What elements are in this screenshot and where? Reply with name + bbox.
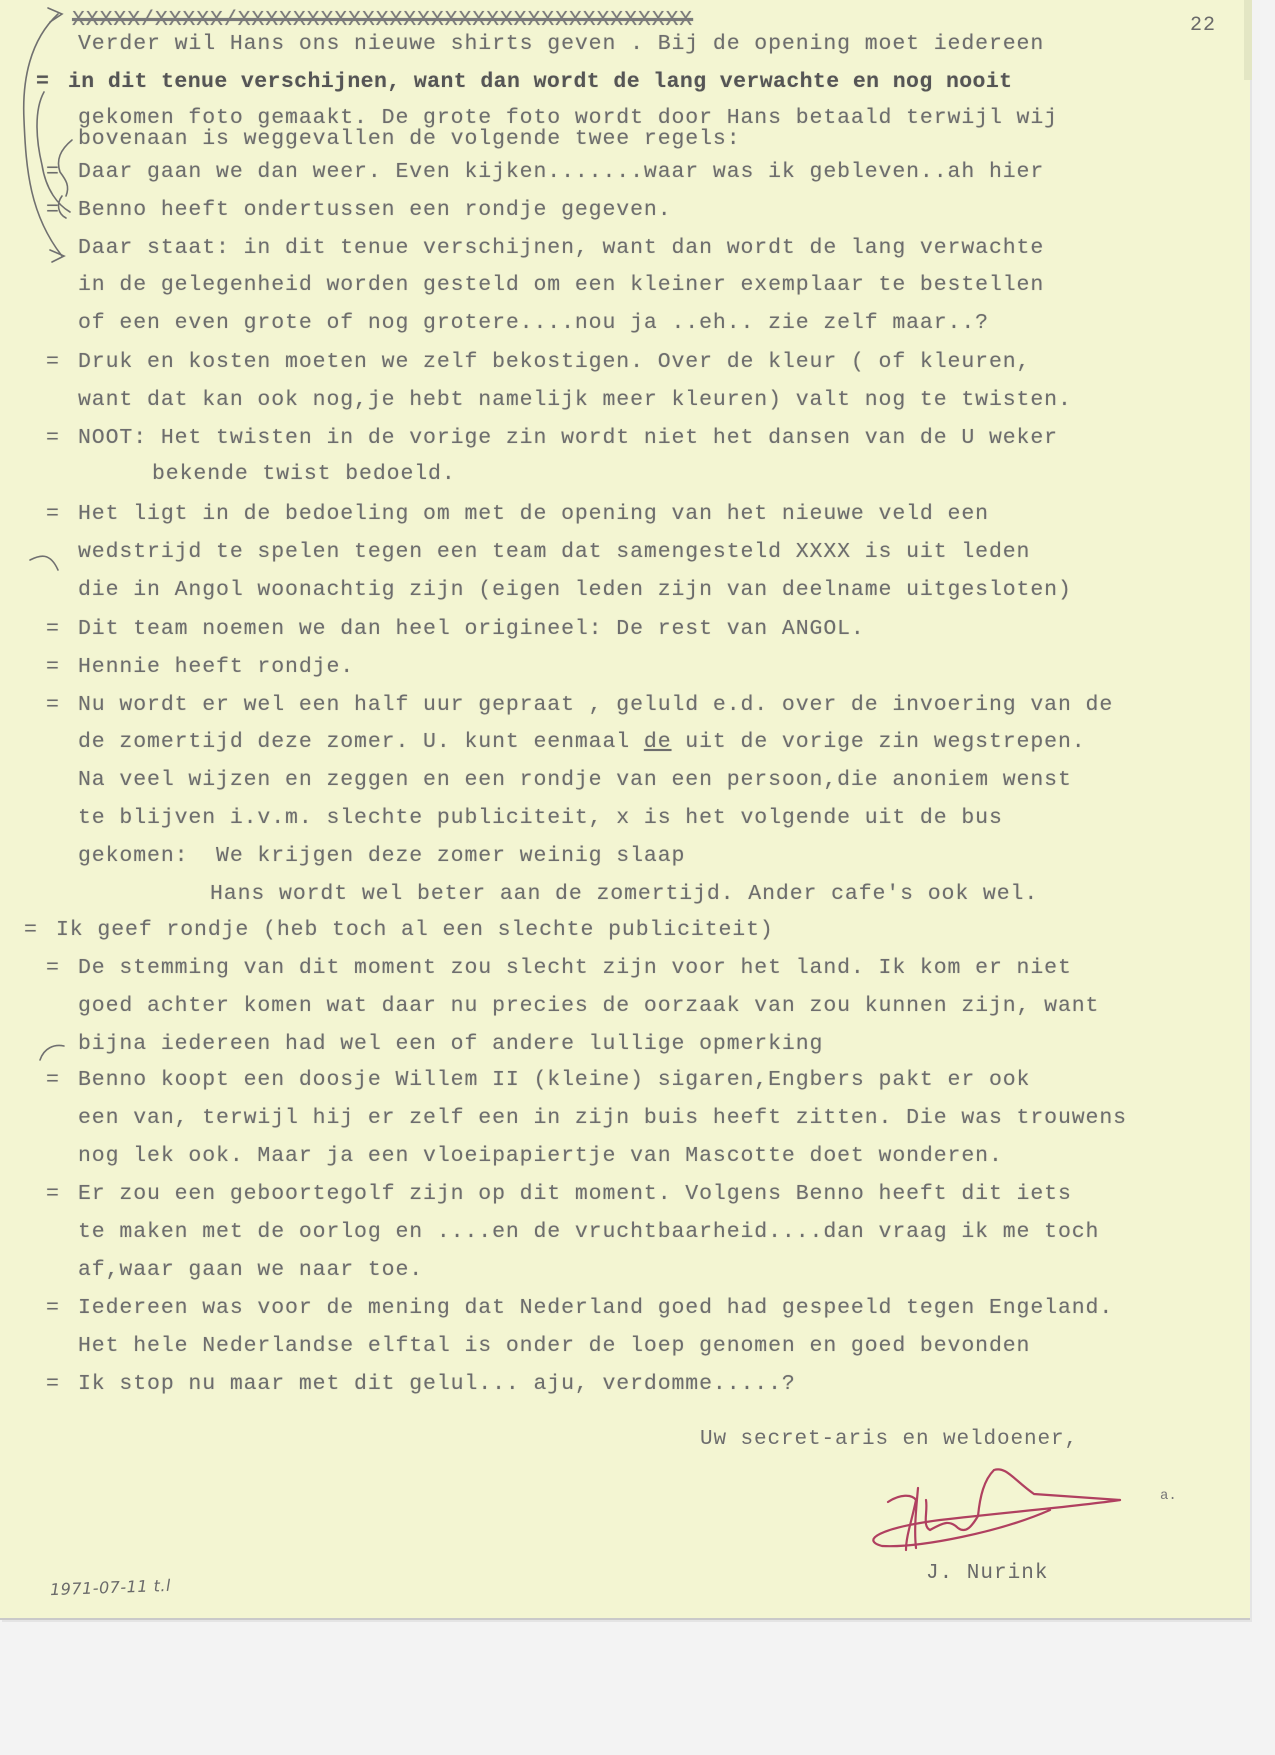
typed-line: = Er zou een geboortegolf zijn op dit mo…	[78, 1182, 1072, 1206]
line-text: bijna iedereen had wel een of andere lul…	[78, 1032, 823, 1056]
signer-name: J. Nurink	[926, 1562, 1048, 1585]
typed-line: = Nu wordt er wel een half uur gepraat ,…	[78, 693, 1113, 717]
bullet-marker: =	[36, 70, 63, 94]
typed-line: nog lek ook. Maar ja een vloeipapiertje …	[78, 1144, 1003, 1168]
line-text: Er zou een geboortegolf zijn op dit mome…	[78, 1182, 1072, 1206]
line-text: gekomen: We krijgen deze zomer weinig sl…	[78, 844, 685, 868]
typed-line: Het hele Nederlandse elftal is onder de …	[78, 1334, 1030, 1358]
line-text: af,waar gaan we naar toe.	[78, 1258, 423, 1282]
line-text: Daar staat: in dit tenue verschijnen, wa…	[78, 236, 1044, 260]
underlined-word: de	[644, 730, 672, 754]
bullet-marker: =	[46, 198, 74, 222]
line-text: of een even grote of nog grotere....nou …	[78, 311, 989, 335]
bullet-marker: =	[46, 1296, 74, 1320]
line-text: Benno koopt een doosje Willem II (kleine…	[78, 1068, 1030, 1092]
line-text: nog lek ook. Maar ja een vloeipapiertje …	[78, 1144, 1003, 1168]
typed-line: = Ik geef rondje (heb toch al een slecht…	[56, 918, 774, 942]
typed-line: Hans wordt wel beter aan de zomertijd. A…	[210, 882, 1038, 906]
bullet-marker: =	[46, 655, 74, 679]
bullet-marker: =	[46, 1068, 74, 1092]
bullet-marker: =	[46, 350, 74, 374]
line-text: Druk en kosten moeten we zelf bekostigen…	[78, 350, 1030, 374]
line-text: want dat kan ook nog,je hebt namelijk me…	[78, 388, 1072, 412]
line-text: Hennie heeft rondje.	[78, 655, 354, 679]
typed-line: gekomen: We krijgen deze zomer weinig sl…	[78, 844, 685, 868]
line-text: De stemming van dit moment zou slecht zi…	[78, 956, 1072, 980]
typed-line: bekende twist bedoeld.	[152, 462, 456, 486]
typed-line: = Benno koopt een doosje Willem II (klei…	[78, 1068, 1030, 1092]
line-text: Benno heeft ondertussen een rondje gegev…	[78, 198, 672, 222]
typed-line: want dat kan ook nog,je hebt namelijk me…	[78, 388, 1072, 412]
line-text: in dit tenue verschijnen, want dan wordt…	[68, 70, 1012, 94]
bullet-marker: =	[46, 426, 74, 450]
typed-line: af,waar gaan we naar toe.	[78, 1258, 423, 1282]
closing-salutation: Uw secret-aris en weldoener,	[700, 1428, 1078, 1451]
line-text: Hans wordt wel beter aan de zomertijd. A…	[210, 882, 1038, 906]
line-text: Het hele Nederlandse elftal is onder de …	[78, 1334, 1030, 1358]
line-text: NOOT: Het twisten in de vorige zin wordt…	[78, 426, 1058, 450]
typed-line: = Iedereen was voor de mening dat Nederl…	[78, 1296, 1113, 1320]
typed-line: = Dit team noemen we dan heel origineel:…	[78, 617, 865, 641]
signature-suffix: a.	[1160, 1488, 1177, 1504]
bullet-marker: =	[46, 693, 74, 717]
typed-line: = De stemming van dit moment zou slecht …	[78, 956, 1072, 980]
typed-line: die in Angol woonachtig zijn (eigen lede…	[78, 578, 1072, 602]
line-text: te blijven i.v.m. slechte publiciteit, x…	[78, 806, 1003, 830]
page-number: 22	[1190, 14, 1216, 37]
line-text: Dit team noemen we dan heel origineel: D…	[78, 617, 865, 641]
line-text: wedstrijd te spelen tegen een team dat s…	[78, 540, 1030, 564]
line-text: Ik geef rondje (heb toch al een slechte …	[56, 918, 774, 942]
line-text: Iedereen was voor de mening dat Nederlan…	[78, 1296, 1113, 1320]
typed-line: een van, terwijl hij er zelf een in zijn…	[78, 1106, 1127, 1130]
line-text: goed achter komen wat daar nu precies de…	[78, 994, 1099, 1018]
line-text: Het ligt in de bedoeling om met de openi…	[78, 502, 989, 526]
typed-line: = Druk en kosten moeten we zelf bekostig…	[78, 350, 1030, 374]
bullet-marker: =	[46, 1182, 74, 1206]
line-text: bekende twist bedoeld.	[152, 462, 456, 486]
bullet-marker: =	[46, 1372, 74, 1396]
line-text: Nu wordt er wel een half uur gepraat , g…	[78, 693, 1113, 717]
typed-line: Na veel wijzen en zeggen en een rondje v…	[78, 768, 1072, 792]
bullet-marker: =	[24, 918, 52, 942]
line-text: Na veel wijzen en zeggen en een rondje v…	[78, 768, 1072, 792]
typed-line: = Hennie heeft rondje.	[78, 655, 354, 679]
bullet-marker: =	[46, 502, 74, 526]
typed-line: = Het ligt in de bedoeling om met de ope…	[78, 502, 989, 526]
typed-line: te maken met de oorlog en ....en de vruc…	[78, 1220, 1099, 1244]
line-text: in de gelegenheid worden gesteld om een …	[78, 273, 1044, 297]
struck-out-line: XXXXX/XXXXX/XXXXXXXXXXXXXXXXXXXXXXXXXXXX…	[72, 8, 693, 32]
typed-line: of een even grote of nog grotere....nou …	[78, 311, 989, 335]
line-text: de zomertijd deze zomer. U. kunt eenmaal…	[78, 730, 1086, 754]
typed-line: goed achter komen wat daar nu precies de…	[78, 994, 1099, 1018]
typed-line: in de gelegenheid worden gesteld om een …	[78, 273, 1044, 297]
typed-line: de zomertijd deze zomer. U. kunt eenmaal…	[78, 730, 1086, 754]
line-text: Verder wil Hans ons nieuwe shirts geven …	[78, 32, 1044, 56]
line-text: Ik stop nu maar met dit gelul... aju, ve…	[78, 1372, 796, 1396]
typed-line: = NOOT: Het twisten in de vorige zin wor…	[78, 426, 1058, 450]
typed-line: wedstrijd te spelen tegen een team dat s…	[78, 540, 1030, 564]
typed-line: = Benno heeft ondertussen een rondje geg…	[78, 198, 672, 222]
typed-line: te blijven i.v.m. slechte publiciteit, x…	[78, 806, 1003, 830]
line-text: die in Angol woonachtig zijn (eigen lede…	[78, 578, 1072, 602]
typed-line: = Daar gaan we dan weer. Even kijken....…	[78, 160, 1044, 184]
typed-line: bovenaan is weggevallen de volgende twee…	[78, 127, 741, 151]
bullet-marker: =	[46, 160, 74, 184]
typed-line: Verder wil Hans ons nieuwe shirts geven …	[78, 32, 1044, 56]
line-text: te maken met de oorlog en ....en de vruc…	[78, 1220, 1099, 1244]
line-text: een van, terwijl hij er zelf een in zijn…	[78, 1106, 1127, 1130]
typed-line: bijna iedereen had wel een of andere lul…	[78, 1032, 823, 1056]
typed-line: = in dit tenue verschijnen, want dan wor…	[68, 70, 1012, 94]
typed-line: Daar staat: in dit tenue verschijnen, wa…	[78, 236, 1044, 260]
line-text: bovenaan is weggevallen de volgende twee…	[78, 127, 741, 151]
bullet-marker: =	[46, 956, 74, 980]
typed-line: = Ik stop nu maar met dit gelul... aju, …	[78, 1372, 796, 1396]
line-text: Daar gaan we dan weer. Even kijken......…	[78, 160, 1044, 184]
bullet-marker: =	[46, 617, 74, 641]
